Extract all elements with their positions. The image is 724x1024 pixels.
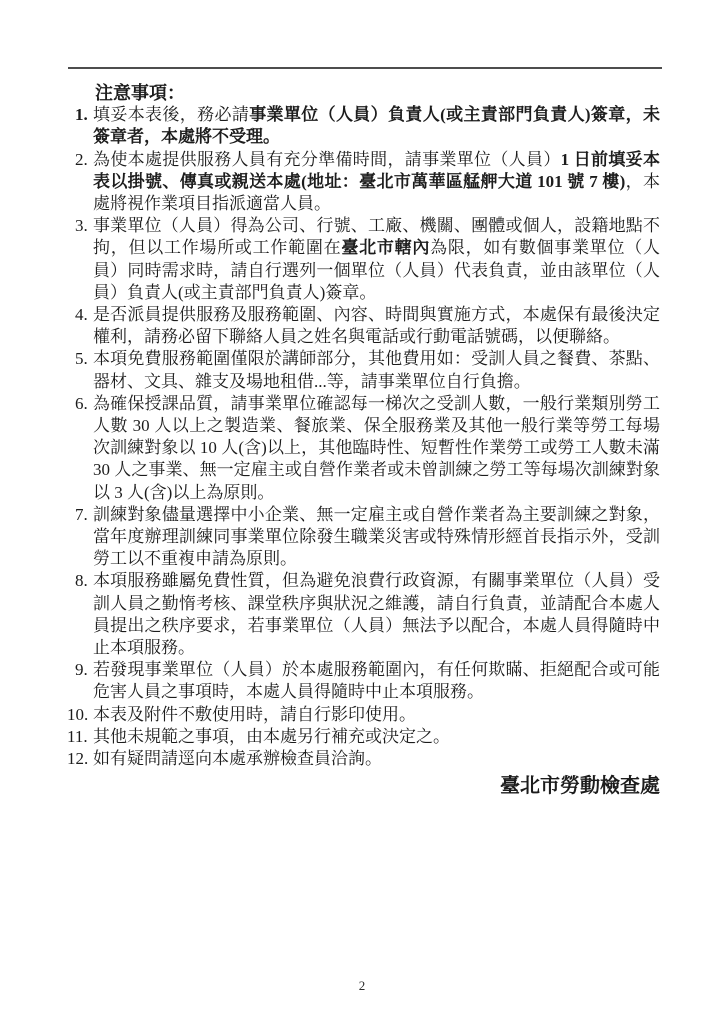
list-item: 2.為使本處提供服務人員有充分準備時間，請事業單位（人員）1 日前填妥本表以掛號… xyxy=(68,149,660,216)
item-text-segment: 為確保授課品質，請事業單位確認每一梯次之受訓人數，一般行業類別勞工人數 30 人… xyxy=(93,394,660,502)
item-text-segment: 若發現事業單位（人員）於本處服務範圍內，有任何欺瞞、拒絕配合或可能危害人員之事項… xyxy=(93,660,660,701)
item-number: 10. xyxy=(67,704,88,726)
item-number: 6. xyxy=(75,393,88,415)
item-number: 1. xyxy=(75,104,88,126)
item-number: 12. xyxy=(67,748,88,770)
signature: 臺北市勞動檢查處 xyxy=(68,772,660,800)
item-text-segment: 其他未規範之事項，由本處另行補充或決定之。 xyxy=(93,727,450,746)
item-number: 3. xyxy=(75,215,88,237)
item-text-segment: 臺北市轄內 xyxy=(341,238,430,257)
document-page: 注意事項： 1.填妥本表後，務必請事業單位（人員）負責人(或主責部門負責人)簽章… xyxy=(0,0,724,1024)
list-item: 7.訓練對象儘量選擇中小企業、無一定雇主或自營作業者為主要訓練之對象，當年度辦理… xyxy=(68,504,660,571)
item-number: 2. xyxy=(75,149,88,171)
item-number: 4. xyxy=(75,304,88,326)
item-number: 9. xyxy=(75,659,88,681)
item-number: 5. xyxy=(75,348,88,370)
notes-list: 1.填妥本表後，務必請事業單位（人員）負責人(或主責部門負責人)簽章，未簽章者，… xyxy=(68,104,660,770)
list-item: 1.填妥本表後，務必請事業單位（人員）負責人(或主責部門負責人)簽章，未簽章者，… xyxy=(68,104,660,148)
list-item: 11.其他未規範之事項，由本處另行補充或決定之。 xyxy=(68,726,660,748)
header-rule xyxy=(68,67,662,69)
item-number: 11. xyxy=(67,726,88,748)
list-item: 8.本項服務雖屬免費性質，但為避免浪費行政資源，有關事業單位（人員）受訓人員之勤… xyxy=(68,570,660,659)
item-text-segment: 為使本處提供服務人員有充分準備時間，請事業單位（人員） xyxy=(93,150,561,169)
list-item: 3.事業單位（人員）得為公司、行號、工廠、機關、團體或個人，設籍地點不拘，但以工… xyxy=(68,215,660,304)
item-text-segment: 本項免費服務範圍僅限於講師部分，其他費用如：受訓人員之餐費、茶點、器材、文具、雜… xyxy=(93,349,660,390)
list-item: 10.本表及附件不敷使用時，請自行影印使用。 xyxy=(68,704,660,726)
list-item: 5.本項免費服務範圍僅限於講師部分，其他費用如：受訓人員之餐費、茶點、器材、文具… xyxy=(68,348,660,392)
item-text-segment: 本表及附件不敷使用時，請自行影印使用。 xyxy=(93,705,416,724)
notes-title: 注意事項： xyxy=(68,82,660,104)
item-text-segment: 是否派員提供服務及服務範圍、內容、時間與實施方式，本處保有最後決定權利，請務必留… xyxy=(93,305,660,346)
item-text-segment: 填妥本表後，務必請 xyxy=(93,105,249,124)
list-item: 4.是否派員提供服務及服務範圍、內容、時間與實施方式，本處保有最後決定權利，請務… xyxy=(68,304,660,348)
item-number: 7. xyxy=(75,504,88,526)
item-text-segment: 本項服務雖屬免費性質，但為避免浪費行政資源，有關事業單位（人員）受訓人員之勤惰考… xyxy=(93,571,660,657)
page-number: 2 xyxy=(0,978,724,994)
list-item: 12.如有疑問請逕向本處承辦檢查員洽詢。 xyxy=(68,748,660,770)
list-item: 9.若發現事業單位（人員）於本處服務範圍內，有任何欺瞞、拒絕配合或可能危害人員之… xyxy=(68,659,660,703)
list-item: 6.為確保授課品質，請事業單位確認每一梯次之受訓人數，一般行業類別勞工人數 30… xyxy=(68,393,660,504)
item-text-segment: 訓練對象儘量選擇中小企業、無一定雇主或自營作業者為主要訓練之對象，當年度辦理訓練… xyxy=(93,505,660,568)
item-number: 8. xyxy=(75,570,88,592)
item-text-segment: 如有疑問請逕向本處承辦檢查員洽詢。 xyxy=(93,749,382,768)
document-content: 注意事項： 1.填妥本表後，務必請事業單位（人員）負責人(或主責部門負責人)簽章… xyxy=(68,82,660,800)
